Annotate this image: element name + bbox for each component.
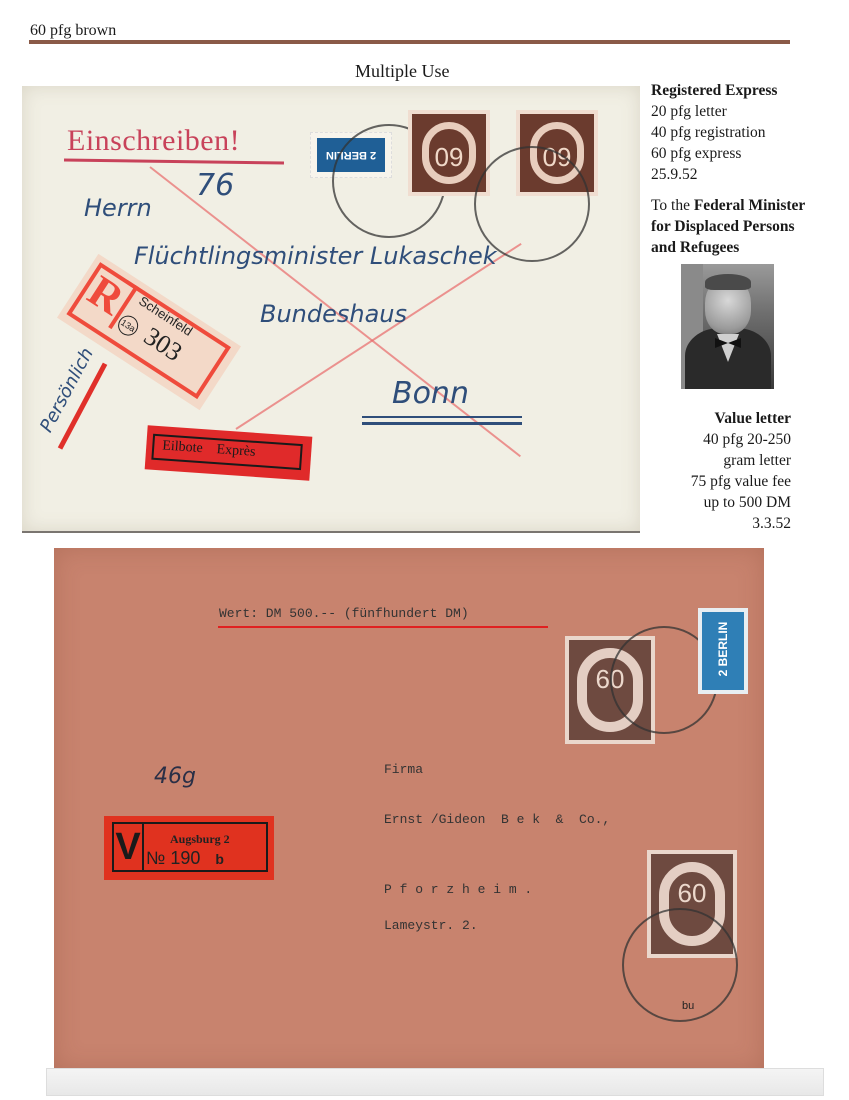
recipient-title-2: for Displaced Persons bbox=[651, 218, 795, 235]
stamp-value: 60 bbox=[651, 878, 733, 909]
einschreiben-underline bbox=[64, 158, 284, 164]
value-letter-title: Value letter bbox=[640, 408, 791, 429]
recipient-name: Flüchtlingsminister Lukaschek bbox=[134, 242, 497, 270]
express-label-fr: Exprès bbox=[216, 442, 256, 460]
value-label-letter: V bbox=[114, 824, 144, 870]
registered-express-title: Registered Express bbox=[651, 80, 841, 101]
value-label-town: Augsburg 2 bbox=[170, 832, 230, 847]
express-label-de: Eilbote bbox=[162, 438, 203, 456]
value-label-suffix: b bbox=[215, 851, 224, 867]
value-label: V Augsburg 2 № 190 b bbox=[104, 816, 274, 880]
address-line: Firma bbox=[384, 762, 423, 777]
rate-line: 60 pfg express bbox=[651, 143, 841, 164]
value-letter-cover: Wert: DM 500.-- (fünfhundert DM) 60 2 BE… bbox=[54, 548, 764, 1072]
recipient-note: To the Federal Minister for Displaced Pe… bbox=[651, 195, 841, 258]
value-underline bbox=[218, 626, 548, 628]
date-line: 3.3.52 bbox=[640, 513, 791, 534]
registration-label: R Scheinfeld 13a 303 bbox=[57, 254, 241, 410]
recipient-building: Bundeshaus bbox=[260, 300, 407, 328]
express-label: Eilbote Exprès bbox=[145, 425, 313, 480]
recipient-prefix: To the bbox=[651, 197, 694, 214]
address-line: Lameystr. 2. bbox=[384, 918, 478, 933]
rate-line: up to 500 DM bbox=[640, 492, 791, 513]
value-letter-note: Value letter 40 pfg 20-250 gram letter 7… bbox=[640, 408, 791, 534]
registered-express-note: Registered Express 20 pfg letter 40 pfg … bbox=[651, 80, 841, 185]
rate-line: 75 pfg value fee bbox=[640, 471, 791, 492]
date-line: 25.9.52 bbox=[651, 164, 841, 185]
page-header: 60 pfg brown bbox=[30, 22, 116, 40]
einschreiben-stamp: Einschreiben! bbox=[67, 124, 240, 158]
number-note: 76 bbox=[196, 168, 234, 203]
city-underline bbox=[362, 416, 522, 418]
header-rule bbox=[29, 40, 790, 44]
salutation: Herrn bbox=[84, 194, 152, 222]
portrait-photo bbox=[681, 264, 774, 389]
postmark-suffix: bu bbox=[682, 1000, 694, 1012]
rate-line: 40 pfg registration bbox=[651, 122, 841, 143]
berlin-tax-stamp: 2 BERLIN bbox=[698, 608, 748, 694]
rate-line: 40 pfg 20-250 bbox=[640, 429, 791, 450]
value-declaration: Wert: DM 500.-- (fünfhundert DM) bbox=[219, 606, 469, 621]
address-line: P f o r z h e i m . bbox=[384, 882, 532, 897]
registered-express-cover: Einschreiben! 2 BERLIN 60 60 76 Herrn Fl… bbox=[22, 86, 640, 533]
weight-note: 46g bbox=[154, 764, 196, 789]
city-underline bbox=[362, 422, 522, 425]
berlin-stamp-text: 2 BERLIN bbox=[716, 612, 730, 686]
rate-line: 20 pfg letter bbox=[651, 101, 841, 122]
red-crayon-cross bbox=[235, 243, 521, 430]
value-label-no: № bbox=[146, 848, 165, 868]
rate-line: gram letter bbox=[640, 450, 791, 471]
protective-sleeve bbox=[46, 1068, 824, 1096]
postmark bbox=[622, 908, 738, 1022]
recipient-city: Bonn bbox=[392, 376, 469, 411]
stamp-value: 60 bbox=[412, 141, 486, 172]
section-title: Multiple Use bbox=[355, 61, 450, 82]
recipient-title-1: Federal Minister bbox=[694, 197, 805, 214]
recipient-title-3: and Refugees bbox=[651, 239, 739, 256]
value-label-number: 190 bbox=[170, 848, 200, 868]
address-line: Ernst /Gideon B e k & Co., bbox=[384, 812, 610, 827]
